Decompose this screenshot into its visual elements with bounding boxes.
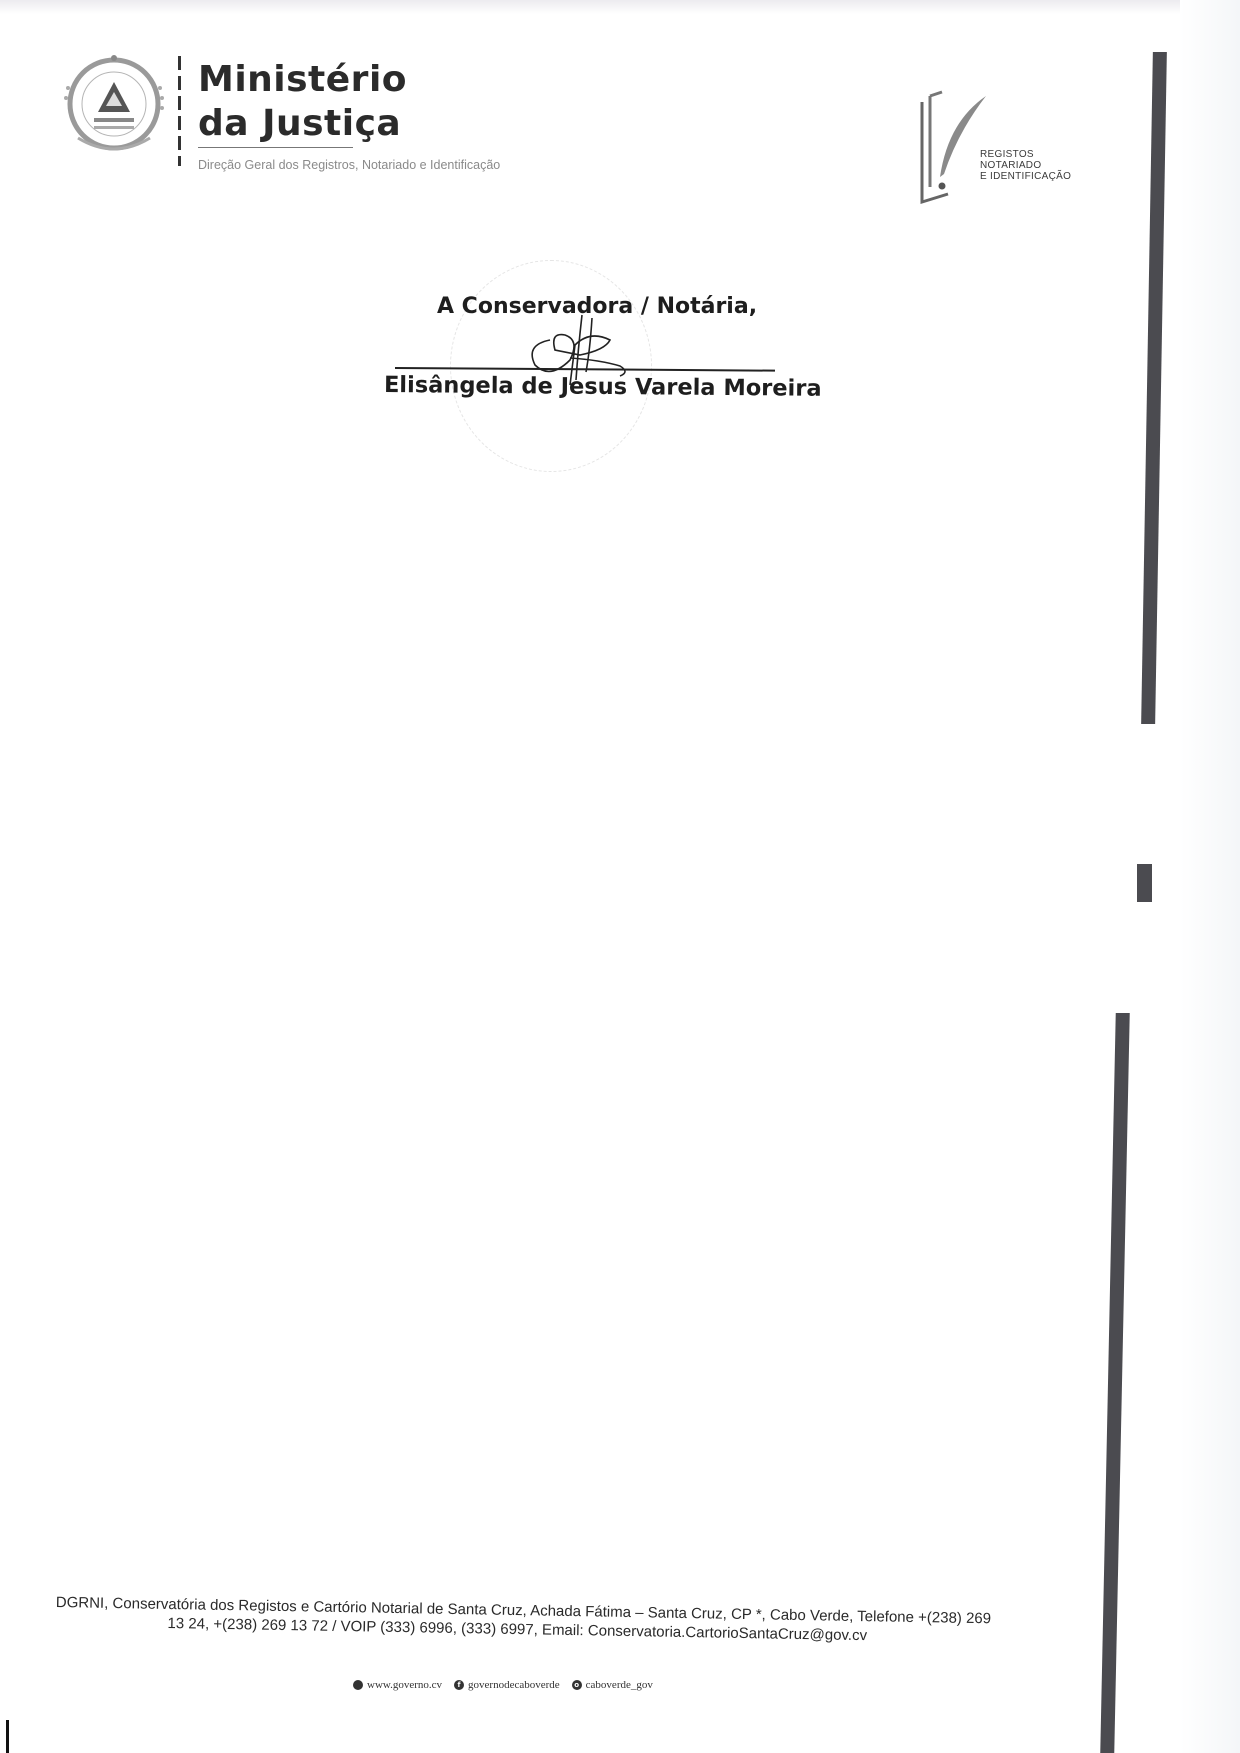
ministry-title-line2: da Justiça: [198, 102, 407, 146]
header-divider: [178, 56, 181, 166]
scan-edge-bar: [1137, 864, 1152, 902]
scan-edge-bar: [1100, 1013, 1130, 1753]
ministry-underline: [198, 147, 353, 148]
registos-logo-icon: [918, 82, 988, 207]
scan-shadow-top: [0, 0, 1240, 14]
social-link-instagram[interactable]: caboverde_gov: [586, 1679, 653, 1691]
scan-shadow-right: [1180, 0, 1240, 1753]
social-links: www.governo.cv f governodecaboverde o ca…: [353, 1679, 653, 1691]
ministry-title: Ministério da Justiça: [198, 58, 407, 146]
coat-of-arms-icon: [58, 48, 170, 160]
scan-edge-bar: [1141, 52, 1167, 724]
directorate-subtitle: Direção Geral dos Registros, Notariado e…: [198, 158, 500, 172]
footer-address: DGRNI, Conservatória dos Registos e Cart…: [55, 1594, 985, 1646]
social-link-website[interactable]: www.governo.cv: [367, 1679, 442, 1691]
instagram-icon: o: [572, 1680, 582, 1690]
logo-line-2: NOTARIADO: [980, 160, 1071, 171]
logo-line-1: REGISTOS: [980, 149, 1071, 160]
logo-line-3: E IDENTIFICAÇÃO: [980, 171, 1071, 182]
social-link-facebook[interactable]: governodecaboverde: [468, 1679, 560, 1691]
registos-logo-text: REGISTOS NOTARIADO E IDENTIFICAÇÃO: [980, 149, 1071, 182]
signatory-name: Elisângela de Jesus Varela Moreira: [384, 372, 822, 402]
ministry-title-line1: Ministério: [198, 58, 407, 102]
globe-icon: [353, 1680, 363, 1690]
scan-edge-mark: [6, 1720, 9, 1753]
facebook-icon: f: [454, 1680, 464, 1690]
